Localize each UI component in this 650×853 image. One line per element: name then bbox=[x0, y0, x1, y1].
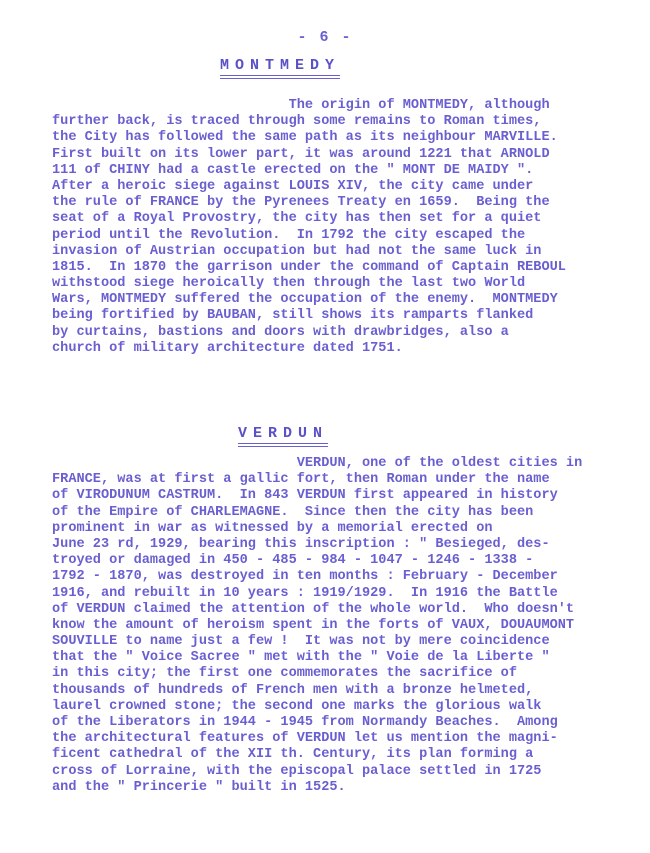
text-line: After a heroic siege against LOUIS XIV, … bbox=[52, 179, 612, 195]
page-number: - 6 - bbox=[0, 29, 650, 46]
text-line: June 23 rd, 1929, bearing this inscripti… bbox=[52, 537, 612, 553]
text-line: period until the Revolution. In 1792 the… bbox=[52, 228, 612, 244]
text-line: by curtains, bastions and doors with dra… bbox=[52, 325, 612, 341]
text-line: 1792 - 1870, was destroyed in ten months… bbox=[52, 569, 612, 585]
text-line: FRANCE, was at first a gallic fort, then… bbox=[52, 472, 612, 488]
text-line: Wars, MONTMEDY suffered the occupation o… bbox=[52, 292, 612, 308]
text-line: First built on its lower part, it was ar… bbox=[52, 147, 612, 163]
text-line: SOUVILLE to name just a few ! It was not… bbox=[52, 634, 612, 650]
section-title-montmedy: MONTMEDY bbox=[220, 58, 340, 79]
text-line: invasion of Austrian occupation but had … bbox=[52, 244, 612, 260]
text-line: of the Liberators in 1944 - 1945 from No… bbox=[52, 715, 612, 731]
text-line: VERDUN, one of the oldest cities in bbox=[52, 456, 612, 472]
text-line: further back, is traced through some rem… bbox=[52, 114, 612, 130]
text-line: ficent cathedral of the XII th. Century,… bbox=[52, 747, 612, 763]
text-line: of the Empire of CHARLEMAGNE. Since then… bbox=[52, 505, 612, 521]
text-line: church of military architecture dated 17… bbox=[52, 341, 612, 357]
text-line: 1815. In 1870 the garrison under the com… bbox=[52, 260, 612, 276]
text-line: the City has followed the same path as i… bbox=[52, 130, 612, 146]
text-line: withstood siege heroically then through … bbox=[52, 276, 612, 292]
text-line: troyed or damaged in 450 - 485 - 984 - 1… bbox=[52, 553, 612, 569]
text-line: being fortified by BAUBAN, still shows i… bbox=[52, 308, 612, 324]
text-line: and the " Princerie " built in 1525. bbox=[52, 780, 612, 796]
section-body-montmedy: The origin of MONTMEDY, althoughfurther … bbox=[52, 98, 612, 357]
text-line: 111 of CHINY had a castle erected on the… bbox=[52, 163, 612, 179]
text-line: cross of Lorraine, with the episcopal pa… bbox=[52, 764, 612, 780]
text-line: in this city; the first one commemorates… bbox=[52, 666, 612, 682]
text-line: that the " Voice Sacree " met with the "… bbox=[52, 650, 612, 666]
text-line: laurel crowned stone; the second one mar… bbox=[52, 699, 612, 715]
section-title-verdun: VERDUN bbox=[238, 426, 328, 447]
text-line: 1916, and rebuilt in 10 years : 1919/192… bbox=[52, 586, 612, 602]
text-line: prominent in war as witnessed by a memor… bbox=[52, 521, 612, 537]
section-body-verdun: VERDUN, one of the oldest cities inFRANC… bbox=[52, 456, 612, 796]
text-line: the architectural features of VERDUN let… bbox=[52, 731, 612, 747]
text-line: know the amount of heroism spent in the … bbox=[52, 618, 612, 634]
text-line: seat of a Royal Provostry, the city has … bbox=[52, 211, 612, 227]
text-line: of VERDUN claimed the attention of the w… bbox=[52, 602, 612, 618]
text-line: The origin of MONTMEDY, although bbox=[52, 98, 612, 114]
text-line: thousands of hundreds of French men with… bbox=[52, 683, 612, 699]
text-line: of VIRODUNUM CASTRUM. In 843 VERDUN firs… bbox=[52, 488, 612, 504]
text-line: the rule of FRANCE by the Pyrenees Treat… bbox=[52, 195, 612, 211]
